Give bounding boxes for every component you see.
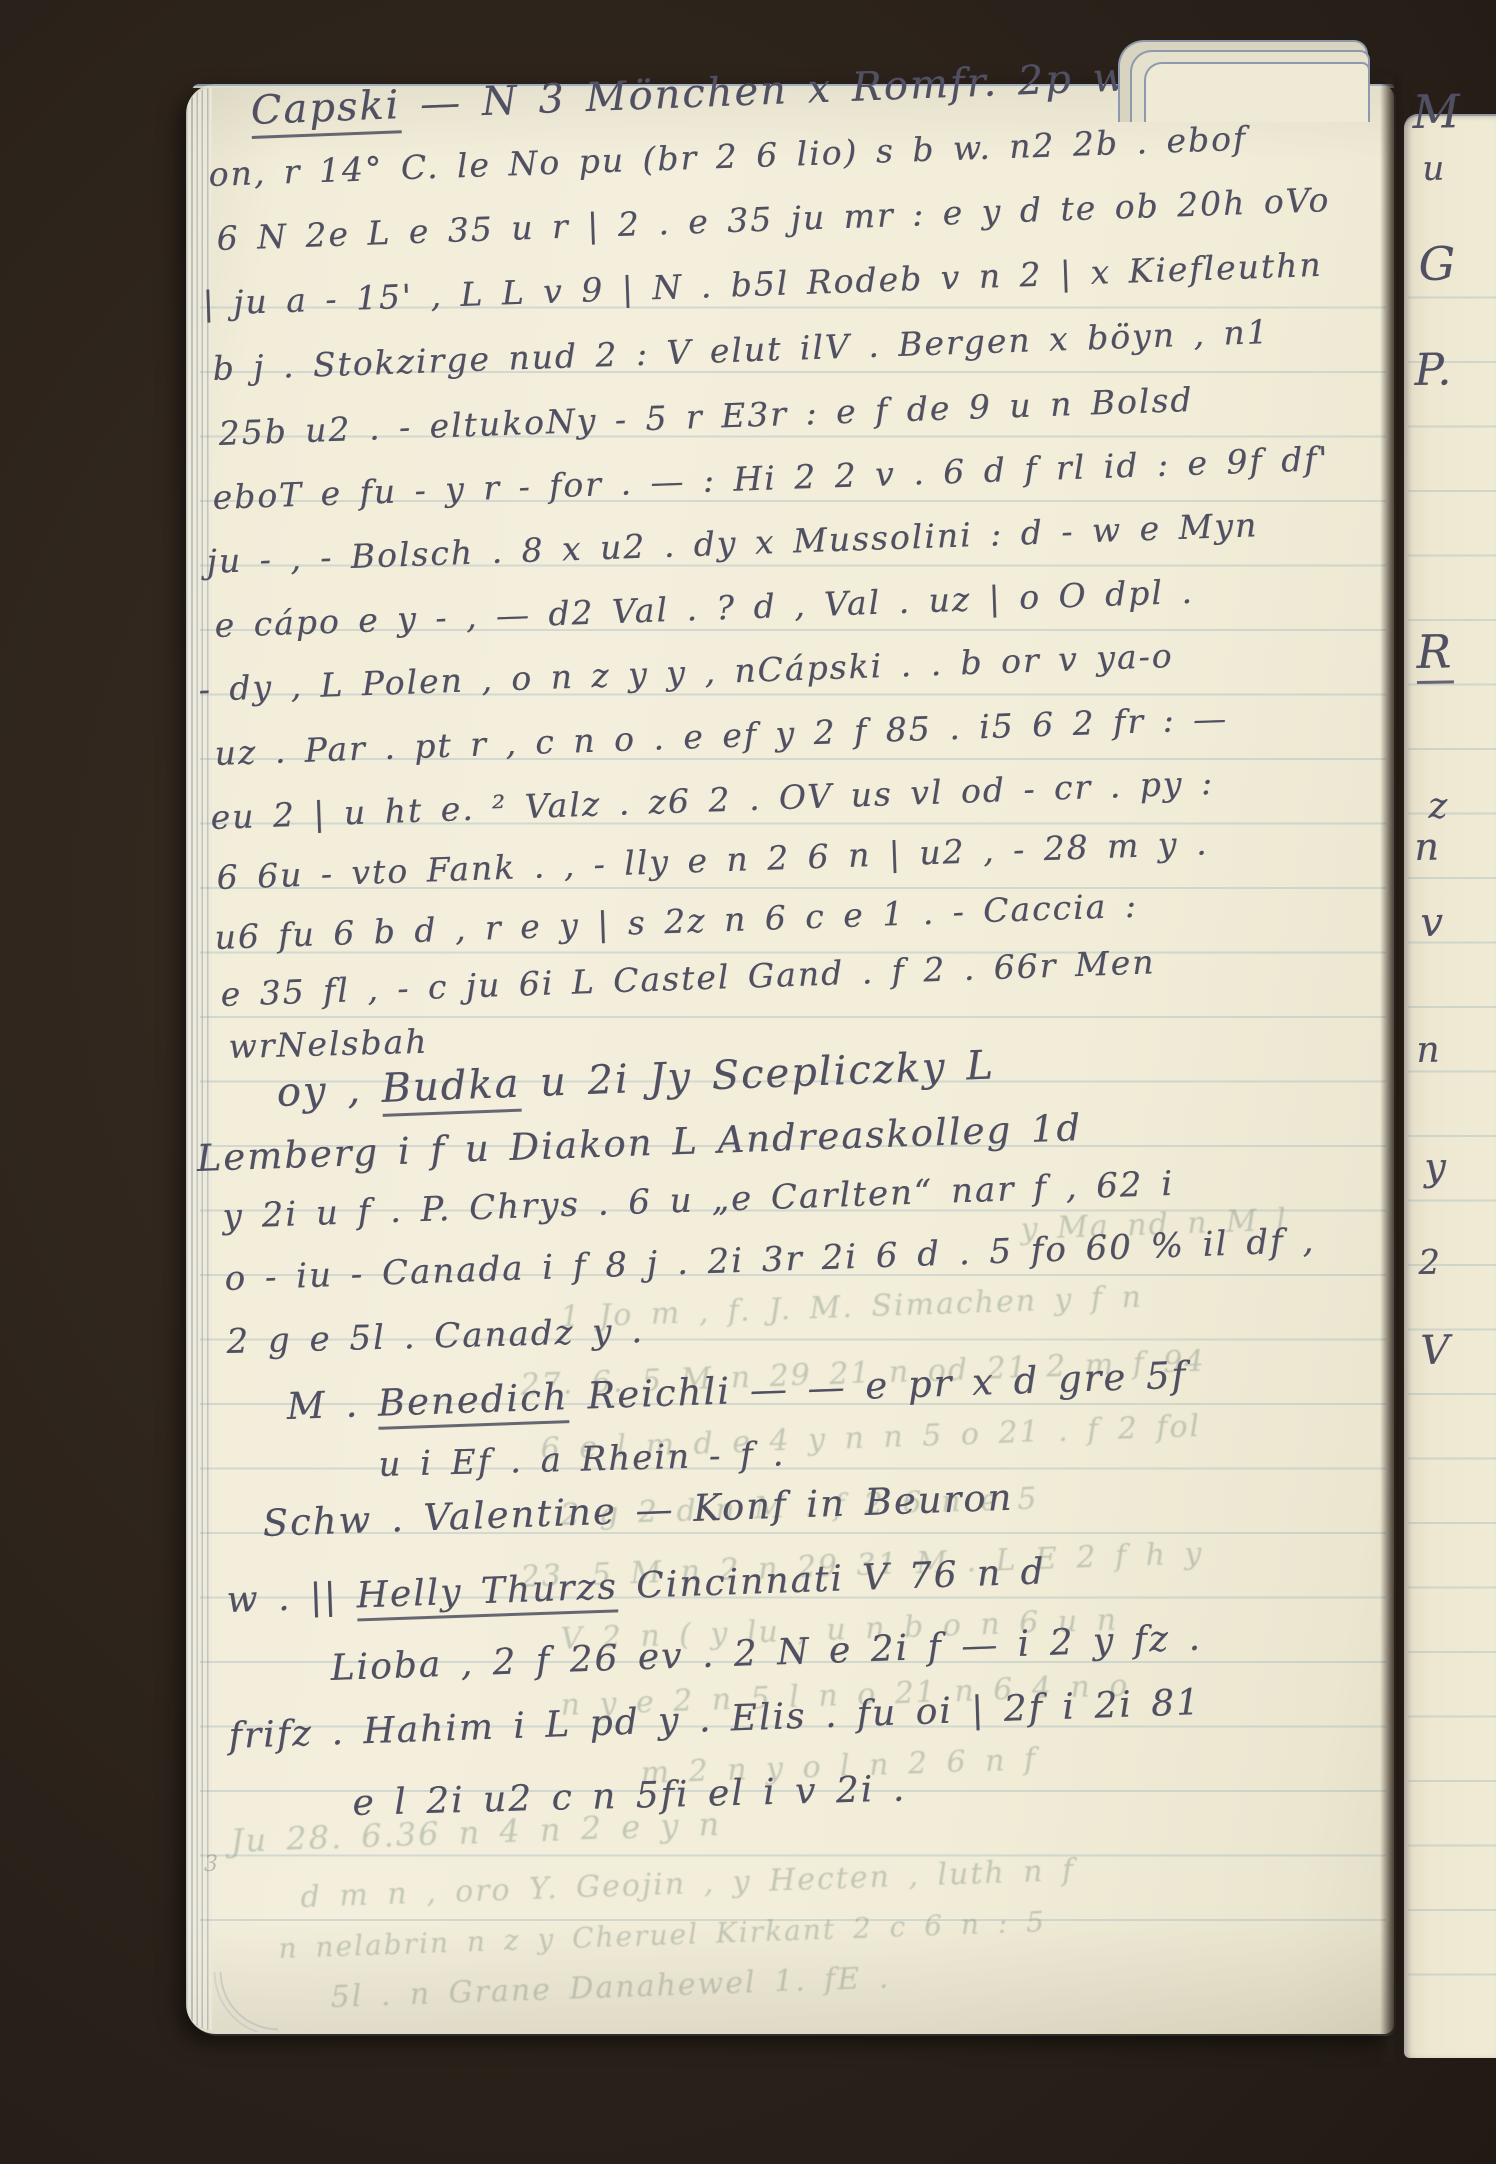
adjacent-page-glyph: R bbox=[1416, 627, 1453, 676]
page-edge-stack bbox=[186, 88, 212, 2030]
adjacent-page-glyph: v bbox=[1420, 902, 1445, 944]
adjacent-page-glyph: V bbox=[1420, 1329, 1452, 1372]
adjacent-page-glyph: z bbox=[1428, 788, 1450, 826]
adjacent-page-glyph: n bbox=[1414, 828, 1441, 868]
adjacent-page-glyph: G bbox=[1418, 239, 1458, 288]
adjacent-page-glyph: n bbox=[1416, 1032, 1442, 1070]
adjacent-page-glyph: P. bbox=[1414, 347, 1453, 394]
adjacent-ruled-lines bbox=[1408, 234, 1496, 2018]
adjacent-page-glyph: y bbox=[1424, 1148, 1448, 1188]
handwriting-line: wrNelsbah bbox=[228, 1025, 429, 1065]
underlined-word: Helly Thurzs bbox=[356, 1566, 619, 1621]
page-corner-curl bbox=[1118, 30, 1368, 122]
adjacent-page-glyph: M bbox=[1412, 87, 1462, 136]
adjacent-page-glyph: u bbox=[1422, 152, 1447, 188]
underlined-word: Benedich bbox=[377, 1375, 569, 1430]
adjacent-page-glyph: 2 bbox=[1418, 1246, 1442, 1282]
adjacent-page bbox=[1404, 114, 1496, 2058]
curl-layer-front bbox=[1144, 62, 1370, 122]
page-corner-stack bbox=[188, 1972, 278, 2032]
underlined-word: R bbox=[1416, 624, 1454, 684]
corner-mark: 3 bbox=[204, 1852, 218, 1877]
underlined-word: Budka bbox=[381, 1061, 522, 1117]
photo-background: y Ma nd n M l1 Jo m , f. J. M. Simachen … bbox=[0, 0, 1496, 2164]
underlined-word: Capski bbox=[250, 82, 401, 139]
